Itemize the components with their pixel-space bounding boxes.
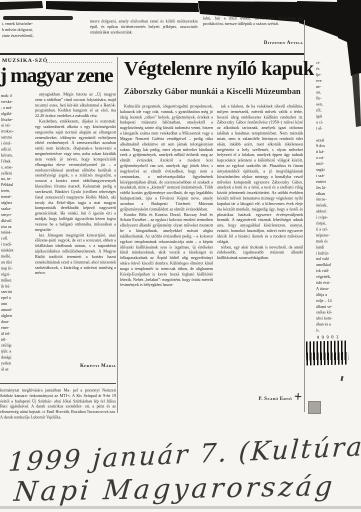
kapuk-col1-text: Kulturális programok, idegenforgalmi pro… [120,104,213,288]
scan-bottom-edge [0,506,361,509]
music-body-column: anyagiakban. Mégis futotta az „Új magyar… [35,92,116,376]
kapuk-subtitle-text: Záborszky Gábor munkái a Kiscelli Múzeum… [124,86,304,97]
prev-article-col3: lalni, bár a múlt évben, mivel nem készü… [203,16,303,40]
kapuk-byline: P. Szabó Ernő [210,396,292,405]
prev-article-byline: Ditzendy Attila [203,40,303,49]
music-left-cut-column: mak: ő ereske- ; a má- olgálá- lőszhe- a… [1,93,34,380]
right-cut-text: ci- és lje- eve ne- an, fle- oen, ről, i… [316,60,352,332]
hand-drawn-cross-icon: + [293,390,302,407]
right-cut-column: ci- és lje- eve ne- an, fle- oen, ről, i… [316,60,352,332]
prev-article-col2-text: merre dolgozni, amely elsősorban zenei é… [90,19,198,35]
prev-article-col3-text: lalni, bár a múlt évben, mivel nem készü… [203,16,303,27]
barcode-stripes [306,340,349,365]
theater-note: kormányzat meghívására januárban Ma- pel… [0,388,116,441]
barcode: 9 9 9 0 1 [306,334,349,366]
theater-note-text: kormányzat meghívására januárban Ma- pel… [0,388,116,420]
music-left-cut-text: mak: ő ereske- ; a má- olgálá- lőszhe- a… [1,93,34,372]
music-byline: Kerényi Mária [35,363,116,372]
kapuk-headline: Végtelenre nyíló kapuk [124,58,306,81]
kapuk-byline-text: P. Szabó Ernő [210,396,292,402]
music-byline-text: Kerényi Mária [35,363,116,369]
gray-square-mark [308,401,321,414]
prev-article-byline-text: Ditzendy Attila [203,40,303,46]
ink-speck [341,376,344,381]
column-rule-left [117,57,118,413]
prev-article-col1-text: i, ennek köszönhe- b művön dolgozni, zin… [2,21,88,39]
newspaper-clipping-scan: i, ennek köszönhe- b művön dolgozni, zin… [0,0,361,512]
handwritten-source-note: Napi Magyarország [13,471,337,508]
music-headline: j magyar zene [0,63,120,88]
kapuk-col2: tak a falakon, de ha valakinek sikerül e… [217,104,303,394]
kapuk-col1: Kulturális programok, idegenforgalmi pro… [120,104,213,410]
left-bottom-rule [0,383,116,384]
section-divider-rule [0,53,304,55]
prev-article-col1: i, ennek köszönhe- b művön dolgozni, zin… [2,21,88,53]
kapuk-subtitle: Záborszky Gábor munkái a Kiscelli Múzeum… [124,86,304,99]
print-smudge [3,16,73,20]
music-body-text: anyagiakban. Mégis futotta az „Új magyar… [35,92,116,276]
prev-article-col2: merre dolgozni, amely elsősorban zenei é… [90,19,198,55]
kapuk-col2-text: tak a falakon, de ha valakinek sikerül e… [217,104,303,261]
